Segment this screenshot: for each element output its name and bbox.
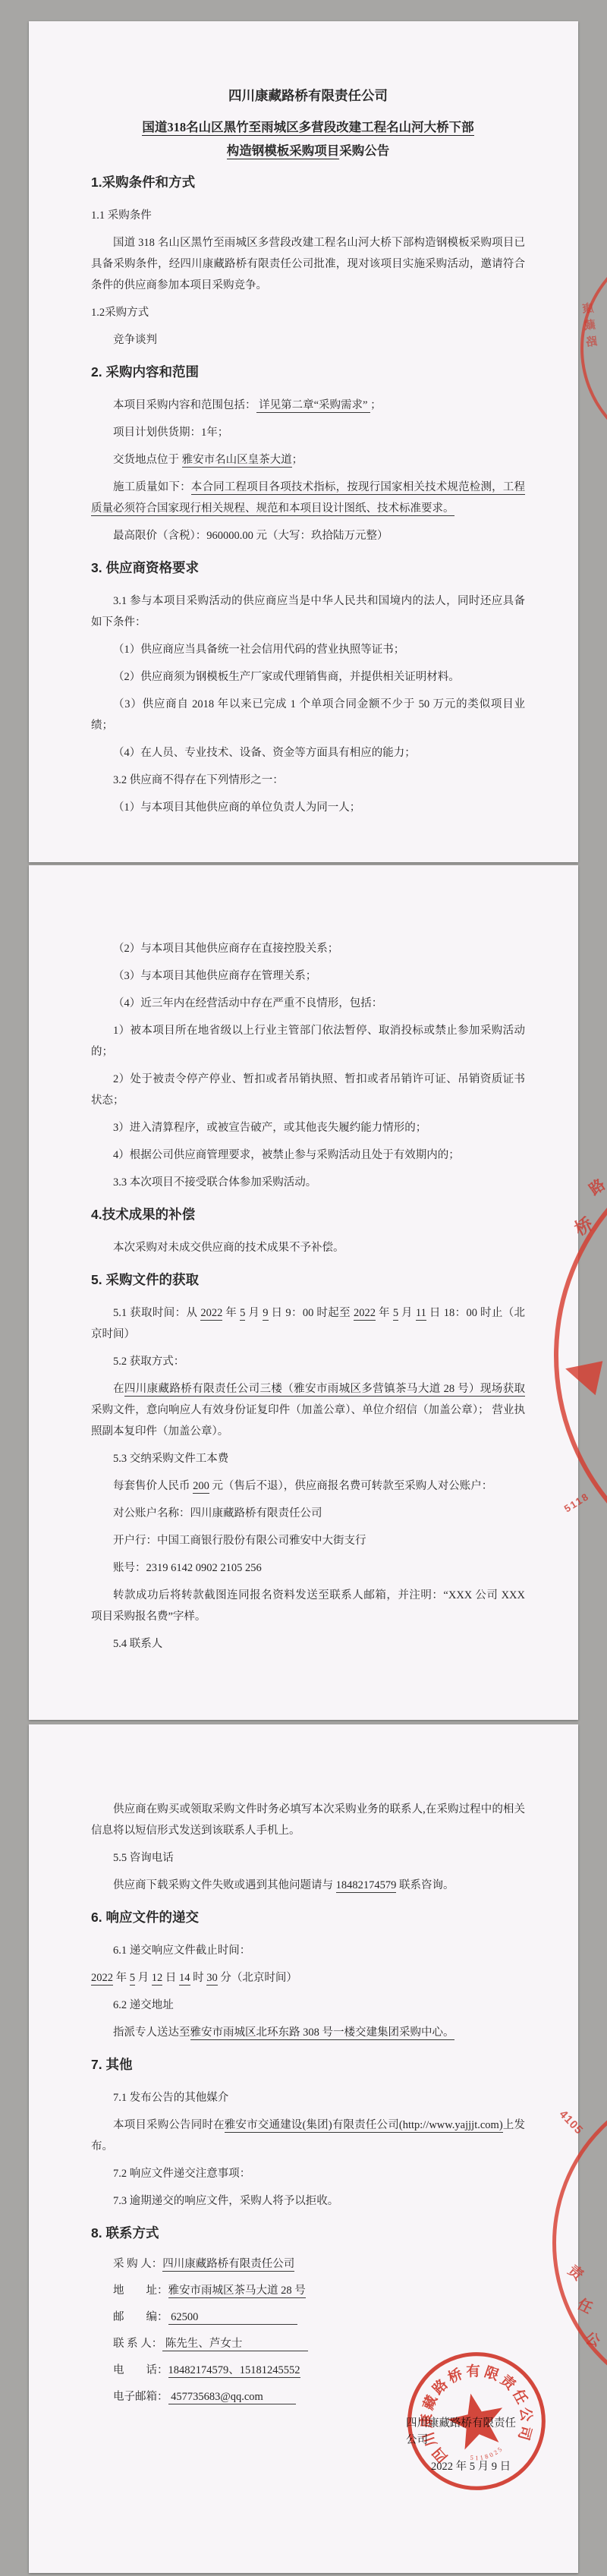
p-text: 开户行：中国工商银行股份有限公司雅安中大街支行 [91,1530,525,1551]
p-text: 5.3 交纳采购文件工本费 [91,1448,525,1469]
p-text: 5.1 获取时间：从 2022 年 5 月 9 日 9：00 时起至 2022 … [91,1302,525,1345]
p-text: 2）处于被责令停产停业、暂扣或者吊销执照、暂扣或者吊销许可证、吊销资质证书状态； [91,1069,525,1111]
p-text: （2）与本项目其他供应商存在直接控股关系； [91,938,525,959]
p-text: （1）供应商应当具备统一社会信用代码的营业执照等证书； [91,639,525,660]
page-3: 供应商在购买或领取采购文件时务必填写本次采购业务的联系人,在采购过程中的相关信息… [29,1724,578,2573]
p-text: （3）与本项目其他供应商存在管理关系； [91,965,525,987]
p-text: （4）近三年内在经营活动中存在严重不良情形，包括： [91,993,525,1014]
p-text: 7.1 发布公告的其他媒介 [91,2087,525,2108]
p-text: 交货地点位于 雅安市名山区皇茶大道； [91,449,525,471]
p0-text: 2022 年 5 月 12 日 14 时 30 分（北京时间） [91,1967,525,1989]
p-text: 5.5 咨询电话 [91,1847,525,1869]
p-text: 6.1 递交响应文件截止时间： [91,1940,525,1961]
section-3: 3. 供应商资格要求 [91,559,525,577]
page-2-content: （2）与本项目其他供应商存在直接控股关系；（3）与本项目其他供应商存在管理关系；… [29,865,578,1655]
p-text: 本项目采购内容和范围包括： 详见第二章“采购需求” ； [91,395,525,416]
page-2: （2）与本项目其他供应商存在直接控股关系；（3）与本项目其他供应商存在管理关系；… [29,865,578,1720]
p-text: 3.3 本次项目不接受联合体参加采购活动。 [91,1172,525,1193]
section-6: 6. 响应文件的递交 [91,1908,525,1926]
p-text: （4）在人员、专业技术、设备、资金等方面具有相应的能力； [91,742,525,764]
project-title-line1: 国道318名山区黑竹至雨城区多营段改建工程名山河大桥下部 [91,117,525,137]
p-text: 施工质量如下：本合同工程项目各项技术指标，按现行国家相关技术规范检测，工程质量必… [91,477,525,519]
postcode-field: 邮 编： 62500 [91,2309,525,2326]
project-title-line2: 构造钢模板采购项目采购公告 [91,140,525,161]
p-text: 5.2 获取方式： [91,1351,525,1372]
p-text: 转款成功后将转款截图连同报名资料发送至联系人邮箱，并注明：“XXX 公司 XXX… [91,1585,525,1627]
p-text: （3）供应商自 2018 年以来已完成 1 个单项合同金额不少于 50 万元的类… [91,694,525,736]
p-text: 竞争谈判 [91,329,525,351]
page-1-content: 四川康藏路桥有限责任公司国道318名山区黑竹至雨城区多营段改建工程名山河大桥下部… [29,21,578,818]
p-text: 指派专人送达至雅安市雨城区北环东路 308 号一楼交建集团采购中心。 [91,2022,525,2043]
section-1: 1.采购条件和方式 [91,173,525,191]
address-field: 地 址：雅安市雨城区茶马大道 28 号 [91,2282,525,2299]
seal-number-text: 5118025 [468,2444,507,2464]
section-8: 8. 联系方式 [91,2224,525,2242]
p-text: 4）根据公司供应商管理要求，被禁止参与采购活动且处于有效期内的； [91,1145,525,1166]
p-text: 6.2 递交地址 [91,1995,525,2016]
seal-star-icon [443,2388,509,2452]
section-2: 2. 采购内容和范围 [91,363,525,381]
section-7: 7. 其他 [91,2055,525,2074]
p-text: 账号：2319 6142 0902 2105 256 [91,1557,525,1579]
edge-seal-char-page2: 路 [583,1173,607,1199]
p-text: 3.2 供应商不得存在下列情形之一： [91,770,525,791]
p-text: 供应商下载采购文件失败或遇到其他问题请与 18482174579 联系咨询。 [91,1875,525,1896]
p-text: 国道 318 名山区黑竹至雨城区多营段改建工程名山河大桥下部构造钢模板采购项目已… [91,232,525,296]
section-5: 5. 采购文件的获取 [91,1271,525,1289]
p-text: 对公账户名称：四川康藏路桥有限责任公司 [91,1503,525,1524]
company-seal: 四川康藏路桥有限责任公司 5118025 [393,2338,561,2505]
p-text: 5.4 联系人 [91,1633,525,1655]
p-text: 3）进入清算程序，或被宣告破产，或其他丧失履约能力情形的； [91,1117,525,1138]
p-text: 7.2 响应文件递交注意事项： [91,2163,525,2184]
section-4: 4.技术成果的补偿 [91,1205,525,1223]
p-text: （2）供应商须为钢模板生产厂家或代理销售商，并提供相关证明材料。 [91,666,525,688]
document-scan: 四川康藏路桥有限责任公司国道318名山区黑竹至雨城区多营段改建工程名山河大桥下部… [0,0,607,2576]
p-text: 3.1 参与本项目采购活动的供应商应当是中华人民共和国境内的法人，同时还应具备如… [91,590,525,633]
p0-text: 1.2采购方式 [91,302,525,323]
page-1: 四川康藏路桥有限责任公司国道318名山区黑竹至雨城区多营段改建工程名山河大桥下部… [29,21,578,862]
purchaser-field: 采 购 人：四川康藏路桥有限责任公司 [91,2256,525,2272]
p0-text: 1.1 采购条件 [91,205,525,226]
contact-field: 联 系 人： 陈先生、芦女士 [91,2335,525,2352]
p-text: 每套售价人民币 200 元（售后不退），供应商报名费可转款至采购人对公账户： [91,1475,525,1497]
p-text: 本项目采购公告同时在雅安市交通建设(集团)有限责任公司(http://www.y… [91,2115,525,2157]
p-text: 供应商在购买或领取采购文件时务必填写本次采购业务的联系人,在采购过程中的相关信息… [91,1799,525,1841]
p-text: 最高限价（含税）：960000.00 元（大写：玖拾陆万元整） [91,525,525,546]
p-text: 本次采购对未成交供应商的技术成果不予补偿。 [91,1237,525,1258]
p-text: 1）被本项目所在地省级以上行业主管部门依法暂停、取消投标或禁止参加采购活动的； [91,1020,525,1063]
company-title: 四川康藏路桥有限责任公司 [91,85,525,106]
p-text: 在四川康藏路桥有限责任公司三楼（雅安市雨城区多营镇茶马大道 28 号）现场获取采… [91,1378,525,1442]
p-text: 7.3 逾期递交的响应文件，采购人将予以拒收。 [91,2190,525,2212]
p-text: 项目计划供货期：1年； [91,422,525,443]
edge-seal-star-icon [561,1354,603,1396]
p-text: （1）与本项目其他供应商的单位负责人为同一人； [91,797,525,818]
